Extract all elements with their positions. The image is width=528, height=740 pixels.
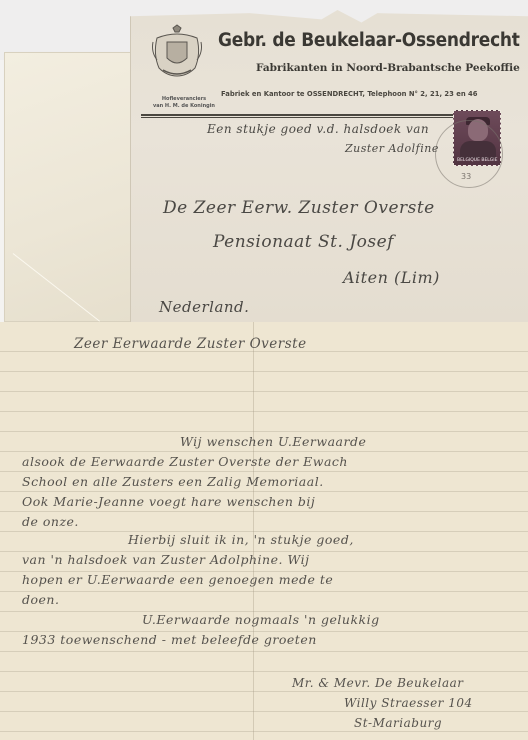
- letter-line-10: U.Eerwaarde nogmaals 'n gelukkig: [142, 612, 380, 627]
- company-subtitle: Fabrikanten in Noord-Brabantsche Peekoff…: [256, 62, 520, 74]
- letter-line-2: alsook de Eerwaarde Zuster Overste der E…: [22, 454, 348, 469]
- letter-line-4: Ook Marie-Jeanne voegt hare wenschen bij: [22, 494, 315, 509]
- recipient-line-1: De Zeer Eerw. Zuster Overste: [163, 198, 435, 218]
- backing-paper-sheet: [4, 52, 132, 322]
- purveyor-line-1: Hofleveranciers: [139, 96, 229, 103]
- signature-line-1: Mr. & Mevr. De Beukelaar: [292, 676, 464, 690]
- recipient-line-3: Aiten (Lim): [343, 268, 440, 287]
- letter-line-6: Hierbij sluit ik in, 'n stukje goed,: [128, 532, 354, 547]
- letter-line-9: doen.: [22, 592, 59, 607]
- handwritten-note-line-2: Zuster Adolfine: [345, 142, 439, 155]
- letter-line-7: van 'n halsdoek van Zuster Adolphine. Wi…: [22, 552, 309, 567]
- company-address: Fabriek en Kantoor te OSSENDRECHT, Telep…: [221, 90, 478, 98]
- purveyor-label: Hofleveranciers van H. M. de Koningin: [139, 96, 229, 110]
- envelope: Hofleveranciers van H. M. de Koningin Ge…: [130, 10, 528, 322]
- recipient-line-4: Nederland.: [159, 298, 249, 316]
- letterhead-rule-thin: [141, 117, 453, 118]
- letter-salutation: Zeer Eerwaarde Zuster Overste: [74, 336, 307, 352]
- letter-line-8: hopen er U.Eerwaarde een genoegen mede t…: [22, 572, 333, 587]
- letter-line-11: 1933 toewenschend - met beleefde groeten: [22, 632, 317, 647]
- handwritten-note-line-1: Een stukje goed v.d. halsdoek van: [207, 122, 429, 136]
- handwritten-letter: Zeer Eerwaarde Zuster Overste Wij wensch…: [0, 322, 528, 740]
- letter-line-1: Wij wenschen U.Eerwaarde: [180, 434, 366, 449]
- postmark-text: 33: [461, 172, 471, 181]
- paper-fold: [13, 253, 100, 322]
- signature-line-2: Willy Straesser 104: [344, 696, 473, 710]
- letter-line-5: de onze.: [22, 514, 79, 529]
- coat-of-arms-icon: [149, 24, 205, 80]
- signature-line-3: St-Mariaburg: [354, 716, 442, 730]
- recipient-line-2: Pensionaat St. Josef: [213, 232, 394, 252]
- company-name: Gebr. de Beukelaar-Ossendrecht: [218, 30, 520, 51]
- letter-line-3: School en alle Zusters een Zalig Memoria…: [22, 474, 324, 489]
- purveyor-line-2: van H. M. de Koningin: [139, 103, 229, 110]
- letter-crease: [253, 322, 254, 740]
- letterhead-rule: [141, 114, 453, 116]
